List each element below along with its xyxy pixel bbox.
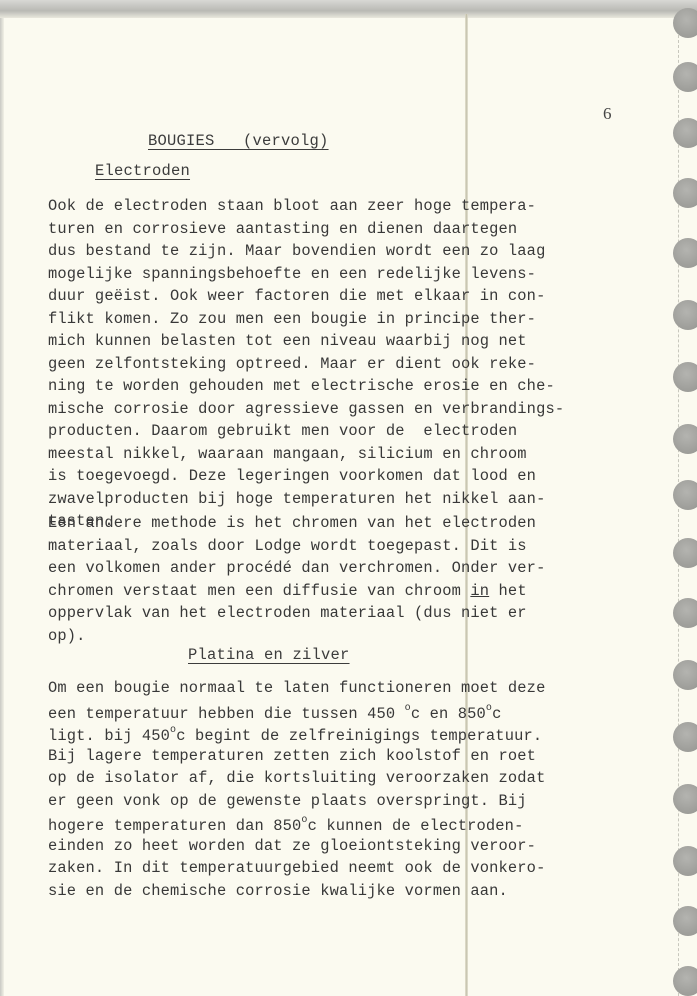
text-line: er geen vonk op de gewenste plaats overs…	[48, 792, 527, 810]
title-main: BOUGIES	[148, 132, 215, 150]
text-line: is toegevoegd. Deze legeringen voorkomen…	[48, 467, 536, 485]
text-line: Bij lagere temperaturen zetten zich kool…	[48, 747, 536, 765]
degree-symbol: o	[486, 703, 492, 714]
binder-hole	[673, 846, 697, 876]
text-line: oppervlak van het electroden materiaal (…	[48, 604, 527, 622]
text-line: einden zo heet worden dat ze gloeiontste…	[48, 837, 536, 855]
binder-hole	[673, 906, 697, 936]
text-segment: hogere temperaturen dan 850	[48, 817, 301, 835]
text-segment: c en 850	[411, 705, 486, 723]
degree-symbol: o	[405, 703, 411, 714]
degree-symbol: o	[170, 725, 176, 736]
text-line: sie en de chemische corrosie kwalijke vo…	[48, 882, 508, 900]
text-segment: chromen verstaat men een diffusie van ch…	[48, 582, 470, 600]
binder-hole	[673, 966, 697, 996]
section-heading-electroden: Electroden	[95, 162, 190, 180]
text-line: een volkomen ander procédé dan verchrome…	[48, 559, 545, 577]
text-line: op).	[48, 627, 86, 645]
binder-hole	[673, 598, 697, 628]
text-line: dus bestand te zijn. Maar bovendien word…	[48, 242, 545, 260]
text-line: hogere temperaturen dan 850oc kunnen de …	[48, 814, 523, 835]
text-line: duur geëist. Ook weer factoren die met e…	[48, 287, 545, 305]
binder-hole	[673, 538, 697, 568]
text-line: geen zelfontsteking optreed. Maar er die…	[48, 355, 536, 373]
text-segment: c	[492, 705, 501, 723]
text-line: mogelijke spanningsbehoefte en een redel…	[48, 265, 536, 283]
binder-hole	[673, 178, 697, 208]
text-line: een temperatuur hebben die tussen 450 oc…	[48, 702, 501, 723]
text-line: chromen verstaat men een diffusie van ch…	[48, 582, 527, 600]
binder-hole	[673, 300, 697, 330]
text-line: zwavelproducten bij hoge temperaturen he…	[48, 490, 545, 508]
text-segment: het	[489, 582, 527, 600]
binder-hole	[673, 118, 697, 148]
text-segment: een temperatuur hebben die tussen 450	[48, 705, 405, 723]
binder-hole	[673, 362, 697, 392]
binder-hole	[673, 424, 697, 454]
text-segment: c kunnen de electroden-	[308, 817, 524, 835]
text-line: flikt komen. Zo zou men een bougie in pr…	[48, 310, 536, 328]
binder-hole	[673, 480, 697, 510]
text-line: ligt. bij 450oc begint de zelfreinigings…	[48, 724, 542, 745]
text-line: mich kunnen belasten tot een niveau waar…	[48, 332, 527, 350]
binder-hole	[673, 722, 697, 752]
underlined-word: in	[470, 582, 489, 600]
title-suffix: (vervolg)	[243, 132, 329, 150]
binder-hole	[673, 238, 697, 268]
text-segment: ligt. bij 450	[48, 727, 170, 745]
section-heading-platina: Platina en zilver	[188, 646, 350, 664]
text-segment: c begint de zelfreinigings temperatuur.	[176, 727, 542, 745]
text-line: zaken. In dit temperatuurgebied neemt oo…	[48, 859, 545, 877]
degree-symbol: o	[301, 815, 307, 826]
binder-hole	[673, 660, 697, 690]
binder-hole	[673, 784, 697, 814]
page-title: BOUGIES (vervolg)	[148, 132, 329, 150]
page-left-edge	[0, 18, 4, 996]
text-line: meestal nikkel, waaraan mangaan, siliciu…	[48, 445, 527, 463]
text-line: turen en corrosieve aantasting en dienen…	[48, 220, 517, 238]
text-line: producten. Daarom gebruikt men voor de e…	[48, 422, 517, 440]
text-line: mische corrosie door agressieve gassen e…	[48, 400, 564, 418]
page-number: 6	[603, 104, 612, 124]
page-top-edge	[0, 0, 697, 18]
text-line: ning te worden gehouden met electrische …	[48, 377, 555, 395]
binder-hole	[673, 62, 697, 92]
text-line: op de isolator af, die kortsluiting vero…	[48, 769, 545, 787]
text-line: Ook de electroden staan bloot aan zeer h…	[48, 197, 536, 215]
text-line: Een andere methode is het chromen van he…	[48, 514, 536, 532]
text-line: Om een bougie normaal te laten functione…	[48, 679, 545, 697]
text-line: materiaal, zoals door Lodge wordt toegep…	[48, 537, 527, 555]
binder-hole	[673, 8, 697, 38]
